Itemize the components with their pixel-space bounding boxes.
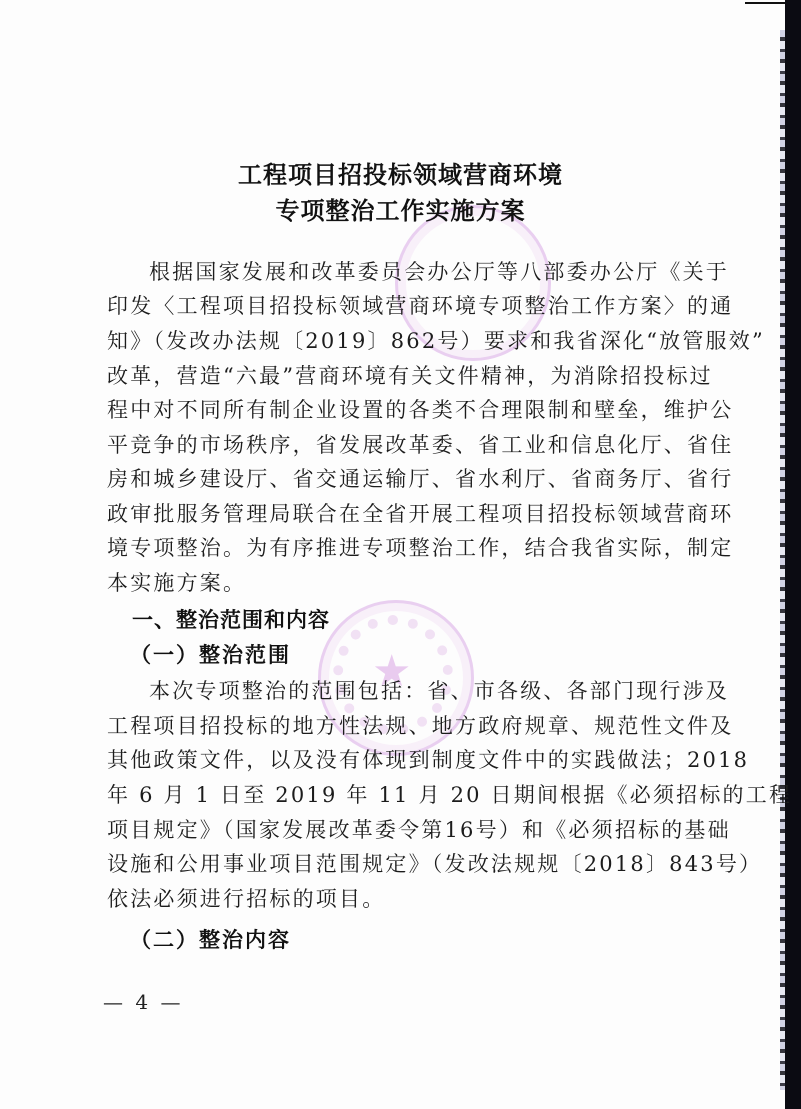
paragraph-line: 设施和公用事业项目范围规定》（发改法规规〔2018〕843号）: [107, 849, 676, 879]
paragraph-line: 根据国家发展和改革委员会办公厅等八部委办公厅《关于: [149, 257, 676, 287]
paragraph-line: 工程项目招投标的地方性法规、地方政府规章、规范性文件及: [107, 711, 676, 741]
paragraph-line: 印发〈工程项目招投标领域营商环境专项整治工作方案〉的通: [107, 291, 676, 321]
paragraph-line: 境专项整治。为有序推进专项整治工作，结合我省实际，制定: [107, 533, 676, 563]
paragraph-line: 其他政策文件，以及没有体现到制度文件中的实践做法；2018: [107, 745, 676, 775]
paragraph-line: 本实施方案。: [107, 568, 676, 598]
paragraph-line: 本次专项整治的范围包括：省、市各级、各部门现行涉及: [149, 676, 676, 706]
subsection-heading-content: （二）整治内容: [130, 925, 291, 955]
subsection-heading-scope: （一）整治范围: [130, 640, 291, 670]
document-page: ★ 工程项目招投标领域营商环境 专项整治工作实施方案 根据国家发展和改革委员会办…: [0, 0, 801, 1109]
paragraph-line: 项目规定》（国家发展改革委令第16号）和《必须招标的基础: [107, 815, 676, 845]
paragraph-line: 政审批服务管理局联合在全省开展工程项目招投标领域营商环: [107, 499, 676, 529]
document-title-line-1: 工程项目招投标领域营商环境: [0, 155, 801, 190]
section-heading: 一、整治范围和内容: [132, 605, 330, 635]
paragraph-line: 依法必须进行招标的项目。: [107, 884, 676, 914]
paragraph-line: 知》（发改办法规〔2019〕862号）要求和我省深化“放管服效”: [107, 326, 676, 356]
page-number: — 4 —: [103, 990, 183, 1014]
document-title-line-2: 专项整治工作实施方案: [0, 191, 801, 226]
paragraph-line: 程中对不同所有制企业设置的各类不合理限制和壁垒，维护公: [107, 395, 676, 425]
paragraph-line: 改革，营造“六最”营商环境有关文件精神，为消除招投标过: [107, 361, 676, 391]
paragraph-line: 房和城乡建设厅、省交通运输厅、省水利厅、省商务厅、省行: [107, 464, 676, 494]
paragraph-line: 平竞争的市场秩序，省发展改革委、省工业和信息化厅、省住: [107, 430, 676, 460]
paragraph-line: 年 6 月 1 日至 2019 年 11 月 20 日期间根据《必须招标的工程: [107, 780, 676, 810]
